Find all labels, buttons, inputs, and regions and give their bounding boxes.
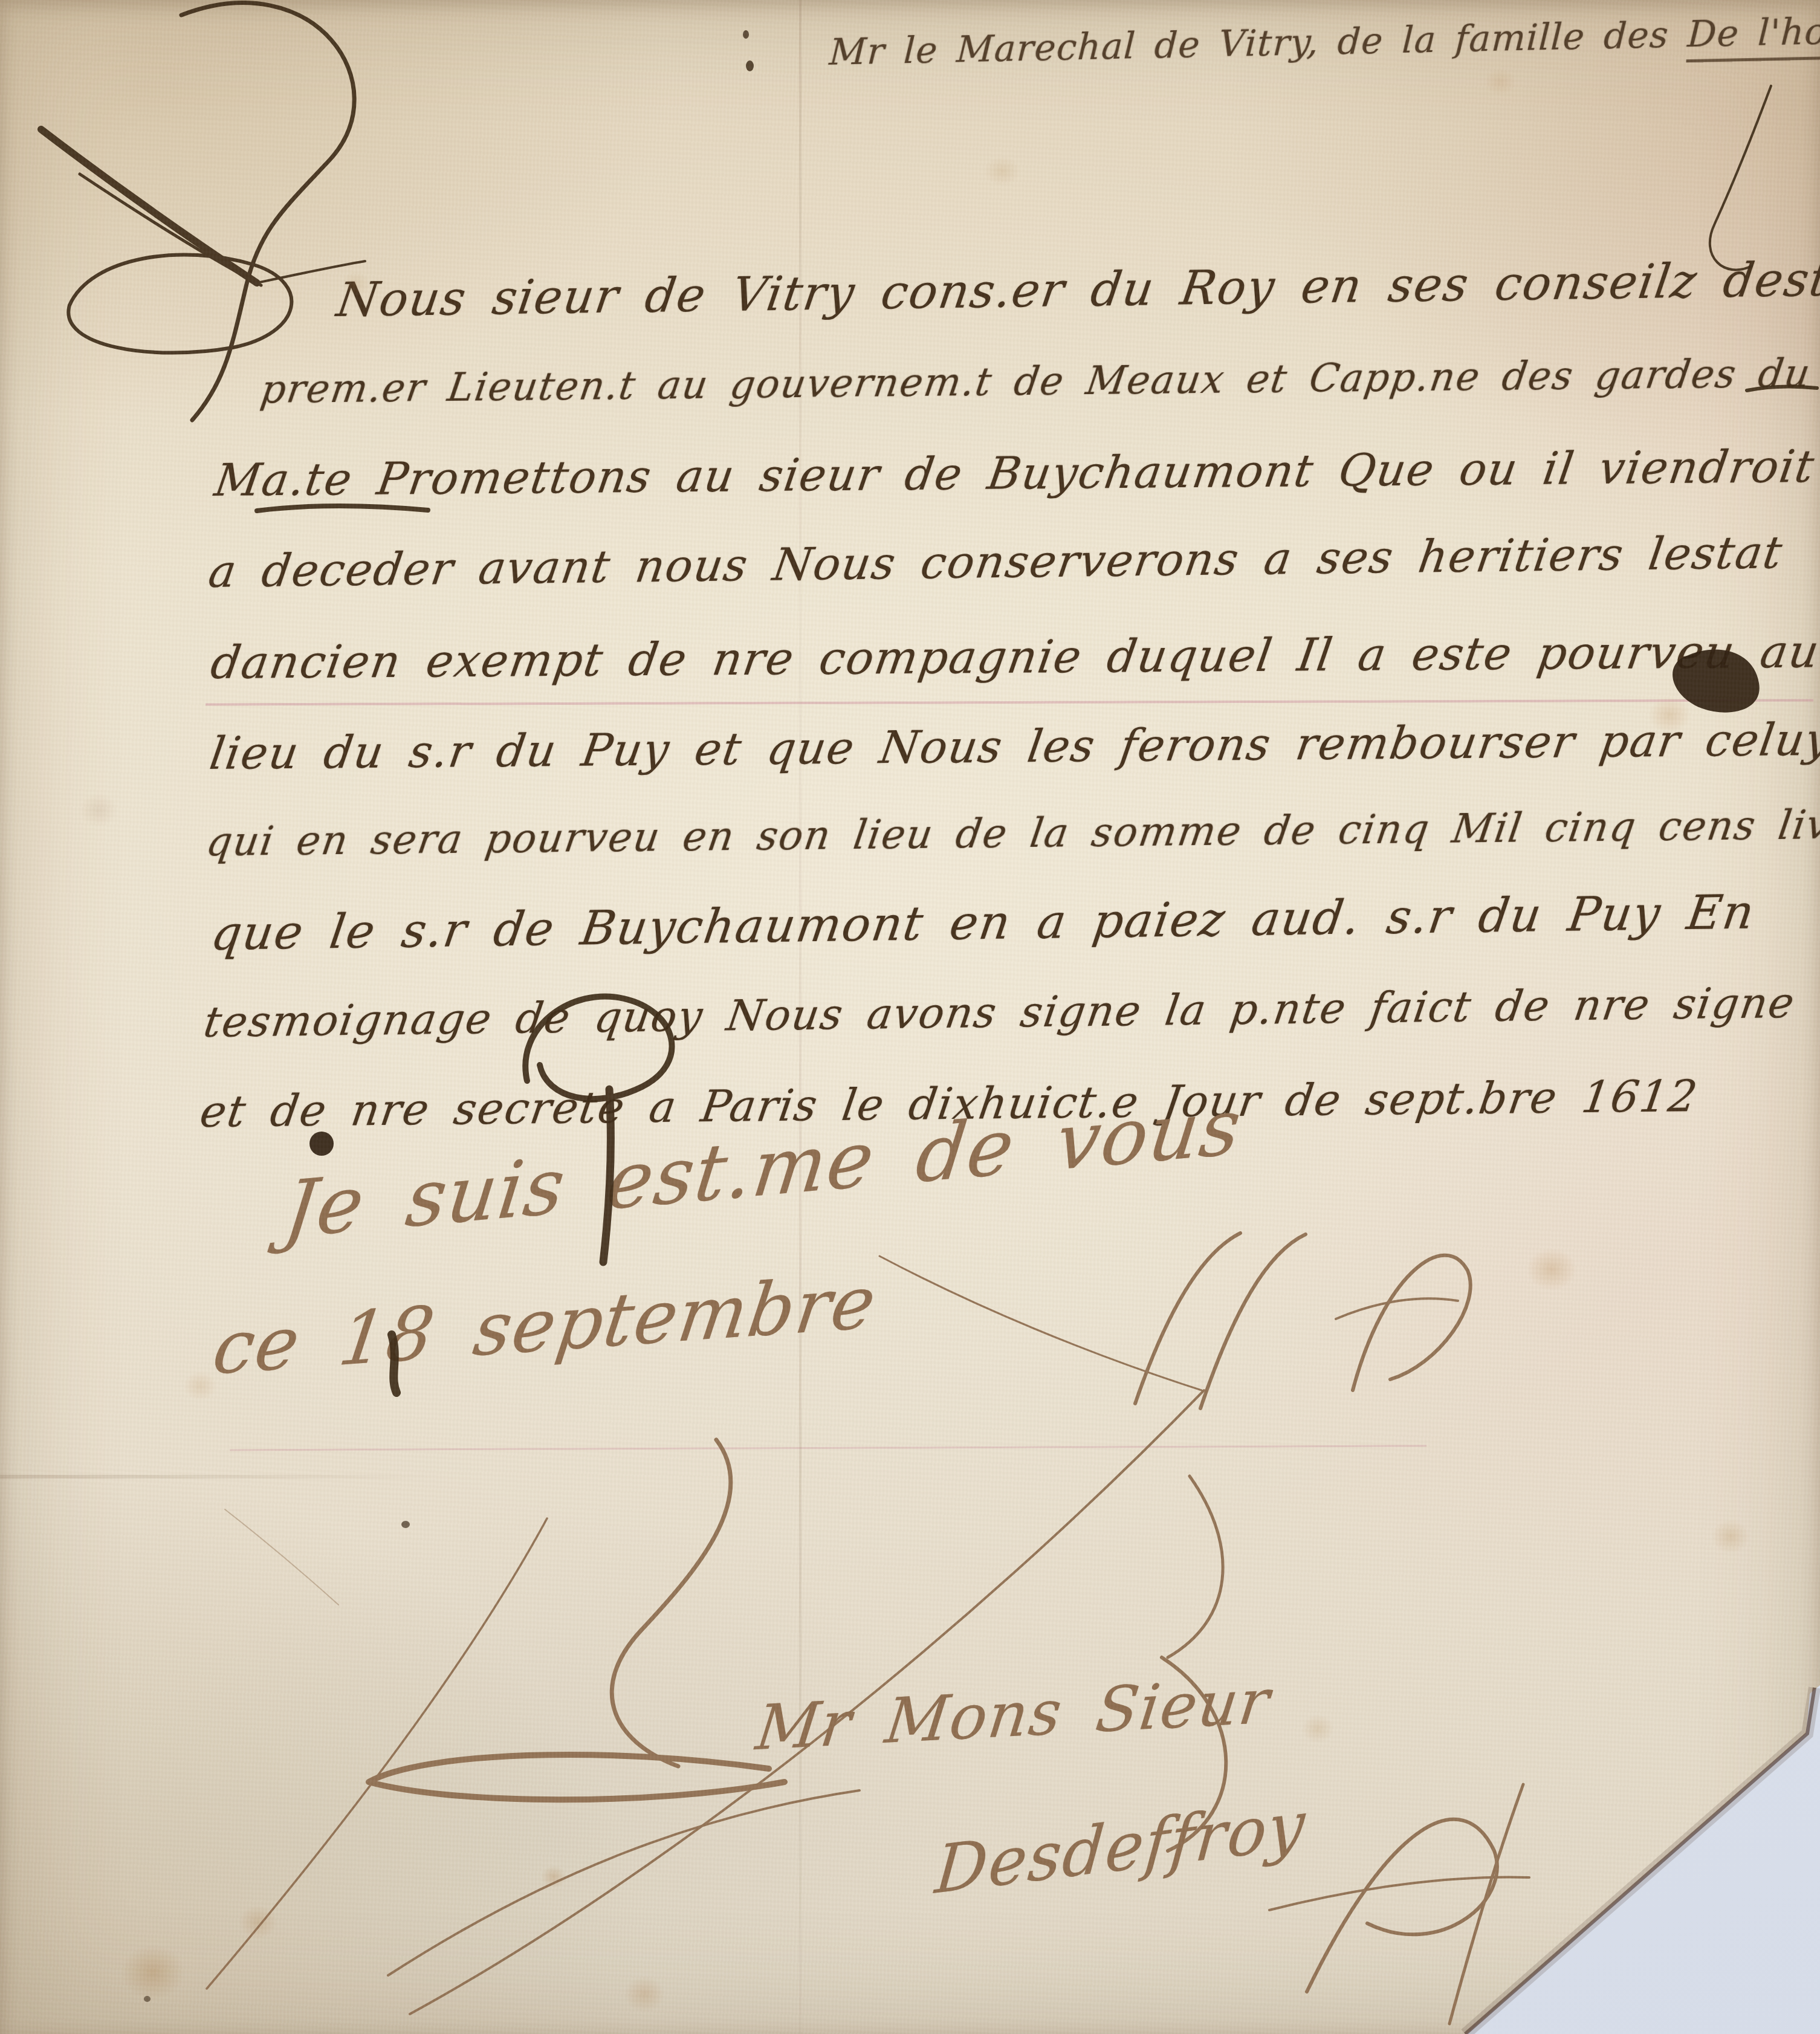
body-line: que le s.r de Buychaumont en a paiez aud… — [208, 885, 1759, 961]
ink-speck — [746, 60, 754, 71]
manuscript-paper: Mr le Marechal de Vitry, de la famille d… — [0, 0, 1820, 2034]
body-line: lieu du s.r du Puy et que Nous les feron… — [207, 714, 1820, 780]
foxing-spot — [71, 786, 126, 834]
foxing-spot — [536, 1861, 572, 1893]
foxing-spot — [1703, 1512, 1758, 1561]
closing-date: ce 18 septembre — [208, 1260, 882, 1391]
address-line: Desdeffroy — [932, 1787, 1309, 1909]
foxing-spot — [1295, 1708, 1341, 1749]
body-line: Ma.te Promettons au sieur de Buychaumont… — [212, 441, 1819, 507]
body-line: a deceder avant nous Nous conserverons a… — [206, 526, 1787, 598]
annotation-text: Mr le Marechal de Vitry, de la famille d… — [828, 13, 1688, 74]
foxing-spot — [231, 1898, 285, 1946]
body-line: dancien exempt de nre compagnie duquel I… — [207, 624, 1820, 689]
pink-guide-line — [206, 699, 1813, 706]
photo-backdrop: Mr le Marechal de Vitry, de la famille d… — [0, 0, 1820, 2034]
pink-guide-line — [230, 1445, 1427, 1451]
body-line: prem.er Lieuten.t au gouvernem.t de Meau… — [258, 348, 1820, 412]
annotation-underlined-name: De l'hospital. — [1686, 8, 1820, 62]
foxing-spot — [1477, 62, 1523, 102]
foxing-spot — [976, 150, 1028, 192]
ink-speck — [401, 1521, 410, 1528]
foxing-spot — [108, 1933, 198, 2012]
archival-annotation: Mr le Marechal de Vitry, de la famille d… — [828, 8, 1820, 74]
address-line: Mr Mons Sieur — [753, 1665, 1275, 1764]
body-line: tesmoignage de quoy Nous avons signe la … — [201, 978, 1798, 1047]
foxing-spot — [615, 1968, 673, 2020]
ink-speck — [144, 1996, 151, 2002]
horizontal-fold — [0, 1475, 435, 1479]
foxing-spot — [1516, 1239, 1587, 1300]
ink-speck — [743, 30, 749, 39]
body-line: qui en sera pourveu en son lieu de la so… — [203, 801, 1820, 865]
body-line: Nous sieur de Vitry cons.er du Roy en se… — [334, 251, 1820, 328]
